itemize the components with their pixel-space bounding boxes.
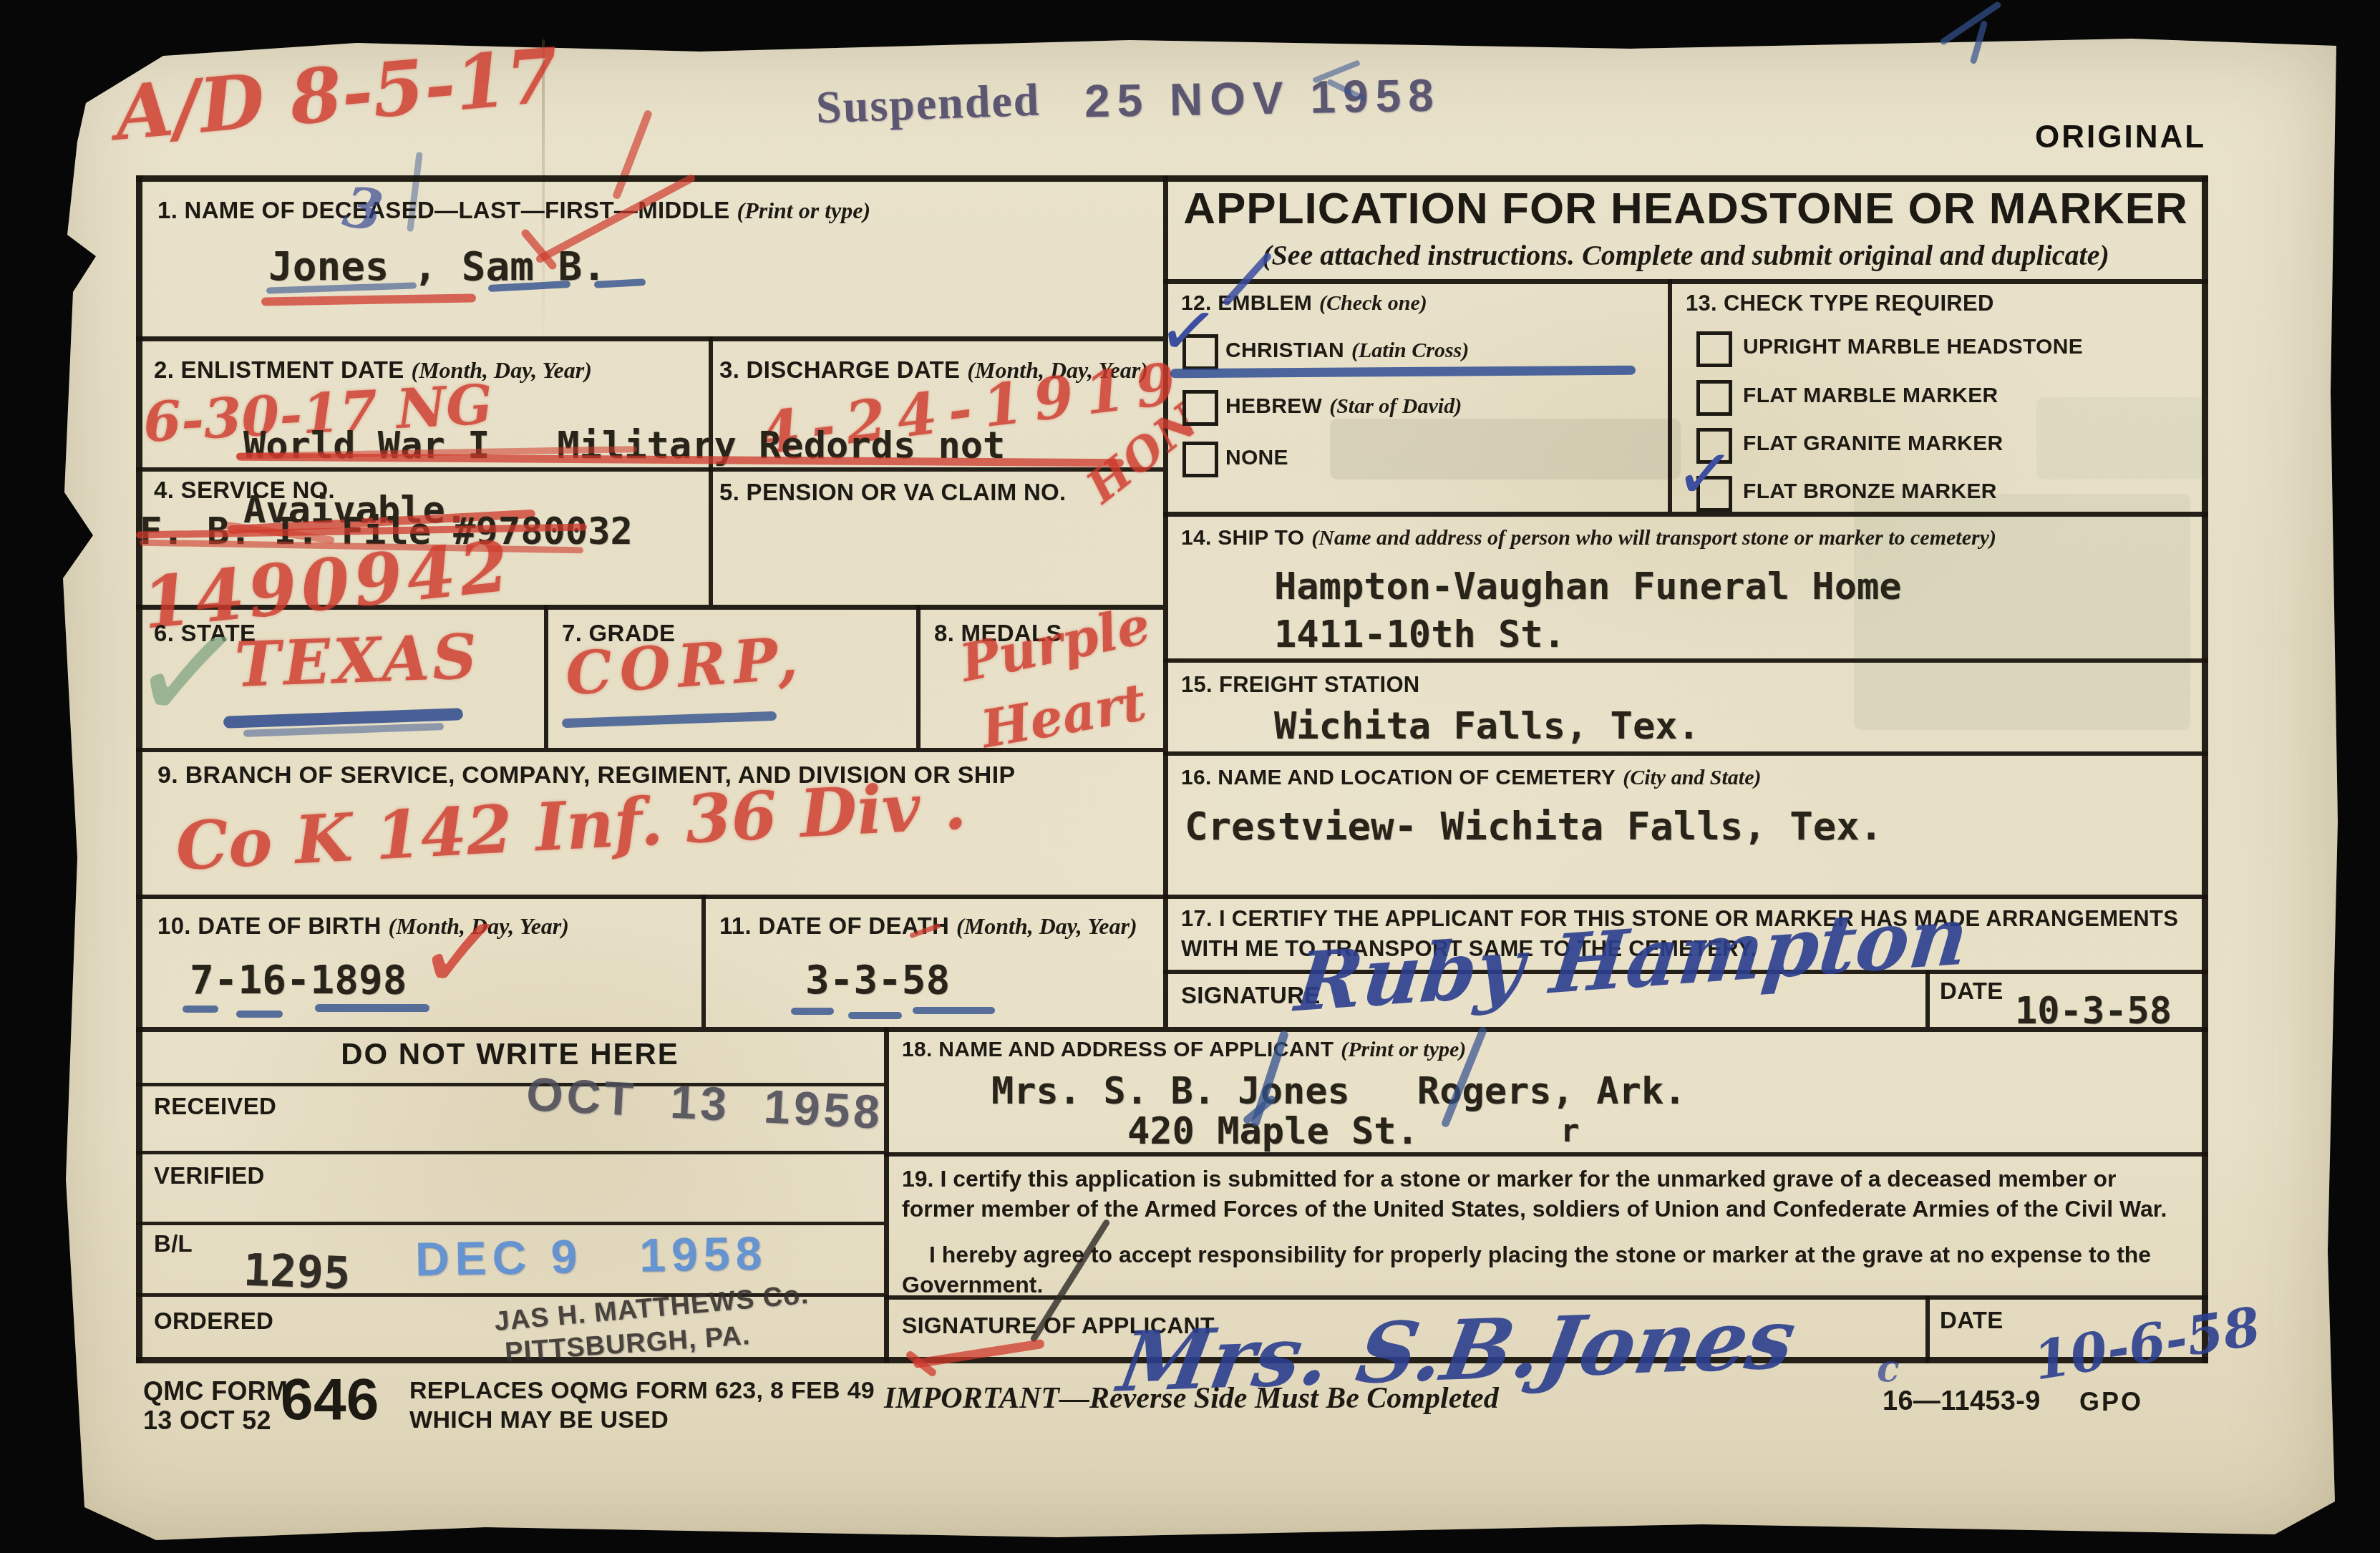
blue-dashed-underline — [183, 1006, 218, 1013]
grid-line — [1163, 279, 2208, 284]
received-date-stamp: OCT 13 1958 — [525, 1066, 885, 1139]
verified-label: VERIFIED — [154, 1163, 265, 1189]
checkbox-upright-marble — [1696, 331, 1732, 367]
emblem-option-none: NONE — [1225, 446, 1288, 470]
box14-label: 14. SHIP TO (Name and address of person … — [1181, 526, 1996, 550]
grid-line — [701, 895, 706, 1027]
print-code: 16—11453-9 — [1883, 1387, 2041, 1416]
birth-date-value: 7-16-1898 — [190, 957, 407, 1003]
grid-line — [884, 1027, 889, 1363]
checkbox-hebrew — [1182, 390, 1218, 426]
suspended-stamp: Suspended — [815, 74, 1041, 135]
type-option-flat-granite: FLAT GRANITE MARKER — [1743, 432, 2003, 455]
grid-line — [136, 1222, 884, 1225]
grid-line — [136, 1027, 2208, 1032]
form-border — [136, 175, 2208, 182]
blue-numeral-note: 3 — [339, 174, 387, 244]
box19-certification-para2: I hereby agree to accept responsibility … — [902, 1240, 2169, 1300]
type-option-upright-marble: UPRIGHT MARBLE HEADSTONE — [1743, 336, 2083, 359]
blue-dashed-underline — [848, 1012, 902, 1019]
option-text: CHRISTIAN — [1225, 339, 1344, 363]
box5-label: 5. PENSION OR VA CLAIM NO. — [719, 479, 1067, 505]
option-paren: (Latin Cross) — [1351, 339, 1469, 363]
bl-label: B/L — [154, 1231, 193, 1257]
ordered-label: ORDERED — [154, 1308, 273, 1334]
box16-label: 16. NAME AND LOCATION OF CEMETERY (City … — [1181, 766, 1762, 790]
blue-underline — [562, 711, 777, 728]
blue-dashed-underline — [791, 1008, 834, 1015]
applicant-name-line1: Mrs. S. B. Jones Rogers, Ark. — [991, 1070, 1686, 1113]
box18-label-paren: (Print or type) — [1341, 1038, 1466, 1062]
box18-label: 18. NAME AND ADDRESS OF APPLICANT (Print… — [902, 1038, 1466, 1062]
red-underline — [261, 293, 476, 306]
form-border — [2202, 175, 2208, 1363]
applicant-name-line2: 420 Maple St. — [1127, 1110, 1419, 1153]
emblem-option-christian: CHRISTIAN (Latin Cross) — [1225, 339, 1469, 363]
suspended-date-stamp: 25 NOV 1958 — [1084, 69, 1441, 128]
checkbox-flat-marble — [1696, 380, 1732, 416]
type-option-flat-bronze: FLAT BRONZE MARKER — [1743, 480, 1997, 503]
ship-to-line2: 1411-10th St. — [1274, 613, 1565, 656]
grid-line — [136, 467, 1163, 472]
option-paren: (Star of David) — [1329, 394, 1462, 419]
grid-line — [136, 1151, 884, 1154]
box12-label-paren: (Check one) — [1319, 291, 1427, 316]
do-not-write-header: DO NOT WRITE HERE — [136, 1038, 884, 1070]
death-date-value: 3-3-58 — [805, 957, 950, 1003]
bl-number: 1295 — [243, 1243, 351, 1299]
option-text: NONE — [1225, 446, 1288, 470]
grid-line — [1163, 658, 2208, 663]
box10-label-text: 10. DATE OF BIRTH — [157, 912, 382, 940]
box11-label-paren: (Month, Day, Year) — [956, 913, 1137, 940]
form-border — [136, 175, 142, 1363]
option-text: HEBREW — [1225, 394, 1322, 419]
replaces-note-line1: REPLACES OQMG FORM 623, 8 FEB 49 — [409, 1378, 875, 1404]
box18-label-text: 18. NAME AND ADDRESS OF APPLICANT — [902, 1038, 1334, 1062]
grid-line — [1925, 1295, 1930, 1363]
blue-underline — [1170, 366, 1636, 379]
form-number: 646 — [281, 1368, 379, 1432]
corner-pen-mark — [1939, 1, 2002, 46]
received-label: RECEIVED — [154, 1094, 276, 1119]
scanned-document: A/D 8-5-17 Suspended 25 NOV 1958 ORIGINA… — [0, 0, 2380, 1553]
box16-label-text: 16. NAME AND LOCATION OF CEMETERY — [1181, 766, 1616, 790]
check-mark-flat-bronze — [1673, 437, 1738, 512]
box15-label: 15. FREIGHT STATION — [1181, 673, 1420, 696]
box14-label-paren: (Name and address of person who will tra… — [1311, 526, 1996, 550]
box19-certification-para1: 19. I certify this application is submit… — [902, 1164, 2169, 1224]
emblem-option-hebrew: HEBREW (Star of David) — [1225, 394, 1462, 419]
type-option-flat-marble: FLAT MARBLE MARKER — [1743, 384, 1998, 407]
form-number-prefix-line2: 13 OCT 52 — [143, 1407, 271, 1435]
date-label: DATE — [1940, 1308, 2003, 1333]
shipped-date-stamp: DEC 9 1958 — [414, 1226, 767, 1287]
box14-label-text: 14. SHIP TO — [1181, 526, 1304, 550]
red-check-mark — [413, 897, 510, 1010]
form: 1. NAME OF DECEASED—LAST—FIRST—MIDDLE (P… — [136, 175, 2208, 1363]
grid-line — [1163, 751, 2208, 756]
transporter-date: 10-3-58 — [2015, 990, 2172, 1033]
grid-line — [1668, 279, 1672, 512]
replaces-note-line2: WHICH MAY BE USED — [409, 1407, 669, 1433]
gpo-label: GPO — [2079, 1388, 2143, 1416]
box1-label-paren: (Print or type) — [737, 198, 870, 224]
checkbox-none — [1182, 442, 1218, 477]
box13-label: 13. CHECK TYPE REQUIRED — [1686, 291, 1994, 315]
box1-label: 1. NAME OF DECEASED—LAST—FIRST—MIDDLE (P… — [157, 197, 870, 224]
date-label: DATE — [1940, 978, 2003, 1004]
form-title: APPLICATION FOR HEADSTONE OR MARKER — [1163, 185, 2208, 233]
box16-label-paren: (City and State) — [1623, 766, 1761, 790]
important-note: IMPORTANT—Reverse Side Must Be Completed — [884, 1381, 1499, 1416]
check-mark-christian — [1153, 292, 1223, 371]
stray-typed-r: r — [1560, 1113, 1580, 1149]
cemetery-value: Crestview- Wichita Falls, Tex. — [1185, 804, 1883, 849]
form-number-prefix-line1: QMC FORM — [143, 1378, 288, 1406]
grid-line — [884, 1152, 2208, 1157]
state-handwriting: TEXAS — [233, 620, 480, 701]
grid-line — [709, 336, 713, 605]
original-label: ORIGINAL — [2035, 120, 2206, 155]
grid-line — [136, 336, 1163, 341]
blue-dashed-underline — [236, 1011, 283, 1018]
grid-line — [916, 605, 921, 748]
freight-station-value: Wichita Falls, Tex. — [1274, 705, 1700, 748]
blue-dashed-underline — [913, 1007, 995, 1014]
blue-letter-mark: c — [1877, 1347, 1900, 1391]
grid-line — [544, 605, 548, 748]
form-subtitle: (See attached instructions. Complete and… — [1163, 238, 2208, 272]
blue-dashed-underline — [315, 1004, 429, 1012]
ship-to-line1: Hampton-Vaughan Funeral Home — [1274, 565, 1902, 608]
